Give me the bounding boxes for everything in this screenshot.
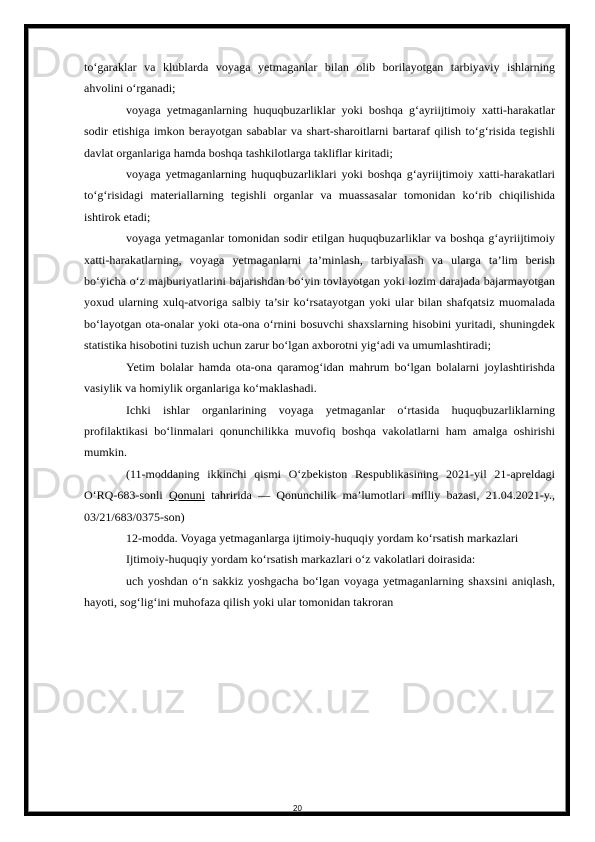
article-heading: 12-modda. Voyaga yetmaganlarga ijtimoiy-…	[84, 528, 555, 549]
law-link[interactable]: Qonuni	[169, 488, 205, 502]
watermark: Docx.uz	[30, 682, 215, 716]
paragraph: voyaga yetmaganlar tomonidan sodir etilg…	[84, 228, 555, 356]
document-body: to‘garaklar va klublarda voyaga yetmagan…	[84, 57, 555, 614]
amendment-note: (11-moddaning ikkinchi qismi O‘zbekiston…	[84, 464, 555, 528]
paragraph: Yetim bolalar hamda ota-ona qaramog‘idan…	[84, 357, 555, 400]
paragraph: uch yoshdan o‘n sakkiz yoshgacha bo‘lgan…	[84, 571, 555, 614]
page-number: 20	[0, 804, 595, 813]
paragraph: voyaga yetmaganlarning huquqbuzarliklar …	[84, 100, 555, 164]
watermark: Docx.uz	[400, 682, 585, 716]
paragraph: Ichki ishlar organlarining voyaga yetmag…	[84, 400, 555, 464]
watermark-row: Docx.uzDocx.uzDocx.uz	[30, 682, 595, 716]
paragraph: to‘garaklar va klublarda voyaga yetmagan…	[84, 57, 555, 100]
paragraph: voyaga yetmaganlarning huquqbuzarliklari…	[84, 164, 555, 228]
paragraph: Ijtimoiy-huquqiy yordam ko‘rsatish marka…	[84, 549, 555, 570]
watermark: Docx.uz	[215, 682, 400, 716]
